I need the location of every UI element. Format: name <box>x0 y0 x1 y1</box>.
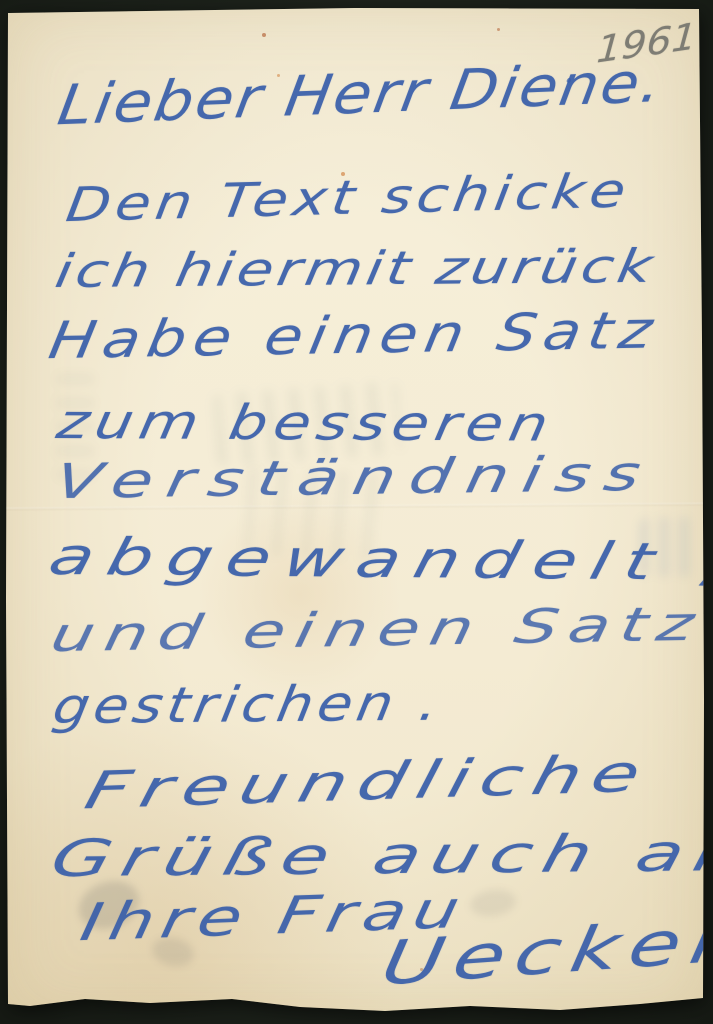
paper-speck <box>262 33 266 37</box>
handwritten-line: Verständniss <box>51 450 658 506</box>
paper-speck <box>497 28 500 31</box>
pencil-smudge <box>468 887 517 919</box>
letter-paper: 1961 Lieber Herr Diene. Den Text schicke… <box>0 0 713 1024</box>
closing-line: Freundliche <box>80 748 655 817</box>
handwritten-line: ich hiermit zurück <box>52 243 660 294</box>
handwritten-line: Den Text schicke <box>63 167 633 229</box>
handwritten-line: und einen Satz <box>47 601 707 660</box>
greeting-line: Lieber Herr Diene. <box>54 55 667 134</box>
closing-line: Grüße auch an <box>46 828 713 885</box>
handwritten-line: abgewandelt , <box>44 532 713 589</box>
handwritten-line: gestrichen . <box>50 679 447 731</box>
handwritten-line: zum besseren <box>53 398 558 449</box>
letter-paper-shadow: 1961 Lieber Herr Diene. Den Text schicke… <box>0 0 713 1024</box>
photo-background: 1961 Lieber Herr Diene. Den Text schicke… <box>0 0 713 1024</box>
handwritten-line: Habe einen Satz <box>45 305 663 367</box>
